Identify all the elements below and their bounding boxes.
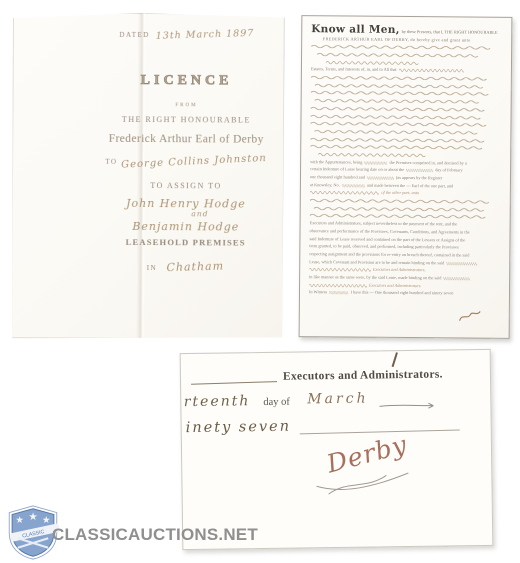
auction-photo: DATED 13th March 1897 LICENCE FROM THE R… [0,0,520,563]
pencil-arrow [379,401,439,412]
licensee-handwritten-name: George Collins Johnston [121,153,267,171]
line-print-text-2: of the other part, unto [381,190,419,195]
handwriting-squiggle [310,136,484,143]
line-print-text: term granted, to be paid, observed, and … [309,243,458,249]
handwriting-squiggle [342,182,365,187]
line-print-text: with the Appurtenances, being [310,159,362,164]
assign-label: TO ASSIGN TO [94,181,279,191]
line-print-text-2: the Premises comprised in, and demised b… [390,160,467,166]
executors-administrators-text: Executors and Administrators. [283,369,443,383]
handwriting-squiggle [318,151,425,157]
indenture-body-lines: Estates, Terms, and Interests of, in, an… [309,42,504,297]
shield-star-right: ★ [42,515,51,526]
handwriting-squiggle [399,67,465,73]
assignee-2-name: Benjamin Hodge [93,220,278,234]
location-handwritten-value: Chatham [167,259,225,274]
handwriting-squiggle [364,159,387,164]
dated-handwritten-value: 13th March 1897 [155,28,254,42]
honourable-line: THE RIGHT HONOURABLE [94,115,279,125]
handwriting-squiggle [310,213,486,220]
handwriting-squiggle [310,120,486,127]
handwriting-squiggle [406,167,433,172]
line-print-text-2: day of February [435,168,462,173]
handwriting-squiggle [315,82,483,88]
line-print-text: observance and performance of the Provis… [310,228,470,234]
handwriting-squiggle [311,105,485,112]
line-print-text: certain Indenture of Lease bearing date … [310,167,404,173]
licence-cover-text-column: DATED 13th March 1897 LICENCE FROM THE R… [94,13,279,14]
line-print-text: said Indenture of Lease reserved and con… [309,236,465,242]
line-print-text-2: (as appears by the Register [396,175,442,180]
handwriting-squiggle [367,175,394,180]
in-label: IN [147,264,157,272]
handwriting-squiggle [326,59,418,65]
handwriting-squiggle [314,205,484,211]
handwriting-squiggle [317,51,478,57]
shield-star-left: ★ [15,515,24,526]
indenture-small-signature [456,307,484,324]
handwriting-squiggle [311,113,481,119]
year-handwritten: inety seven [186,419,292,436]
fold-crease [136,13,147,339]
handwriting-squiggle [310,190,380,196]
month-handwritten: March [307,391,368,408]
handwriting-squiggle [329,290,348,295]
dated-label: DATED [119,31,149,39]
indenture-document: Know all Men,by these Presents, that I, … [299,15,513,339]
line-print-text: Executors and Administrators, subject ne… [310,220,458,226]
handwriting-squiggle [310,197,490,204]
from-label: FROM [94,103,279,109]
handwriting-squiggle [443,275,470,280]
year-blank-underline [300,429,460,434]
location-line: IN Chatham [93,260,278,274]
line-print-text: In Witness [309,290,327,295]
licence-title: LICENCE [94,73,279,90]
indenture-line: In Witness I have this — One thousand ei… [309,288,502,297]
handwriting-squiggle [315,97,480,103]
heading-continuation: by these Presents, that I, THE RIGHT HON… [402,29,498,35]
executors-blank-underline [191,381,277,385]
handwriting-squiggle [314,128,477,134]
line-print-text-2: I have this — One thousand eight hundred… [351,290,454,296]
line-print-text: Estates, Terms, and Interests of, in, an… [311,67,397,73]
line-print-text-2: and made between the — Earl of the one p… [367,182,453,188]
endorsement-document: Executors and Administrators. irteenth d… [180,349,494,550]
to-label: TO [105,158,117,166]
licence-cover-document: DATED 13th March 1897 LICENCE FROM THE R… [11,12,285,339]
dated-line: DATED 13th March 1897 [94,29,279,41]
cutoff-print-row [203,349,433,357]
leasehold-premises-label: LEASEHOLD PREMISES [93,237,278,248]
handwriting-squiggle [309,282,367,288]
watermark-site-text: CLASSICAUCTIONS.NET [52,525,258,545]
line-print-text: one thousand eight hundred and [310,174,365,179]
derby-signature-block: Derby [314,437,425,499]
licensee-line: TO George Collins Johnston [94,156,279,168]
shield-star-center: ★ [28,512,37,523]
pen-stroke-mark [392,352,398,367]
line-print-text: respecting assignment and the provisions… [309,251,469,257]
line-print-text-2: Executors and Administrators. [369,282,422,287]
signature-flourish [314,465,414,496]
indenture-text-area: Know all Men,by these Presents, that I, … [309,25,504,297]
day-handwritten-prefix: irteenth [180,393,251,410]
handwriting-squiggle [446,260,477,265]
assignee-join-word: and [107,209,292,219]
grantor-name: Frederick Arthur Earl of Derby [94,133,279,146]
handwriting-squiggle [311,90,489,97]
line-print-text-2: Executors and Administrators, [373,267,426,272]
line-print-text: Lease, which Covenant and Provision are … [309,259,444,265]
handwriting-squiggle [311,74,487,81]
know-all-men-heading: Know all Men, [311,23,399,36]
handwriting-squiggle [310,143,482,149]
handwriting-squiggle [311,44,491,51]
handwriting-squiggle [309,266,371,272]
line-print-text: in like manner as the same were, by the … [309,274,441,280]
line-print-text: at Knowsley, No. [310,182,340,187]
day-of-label: day of [263,397,290,408]
